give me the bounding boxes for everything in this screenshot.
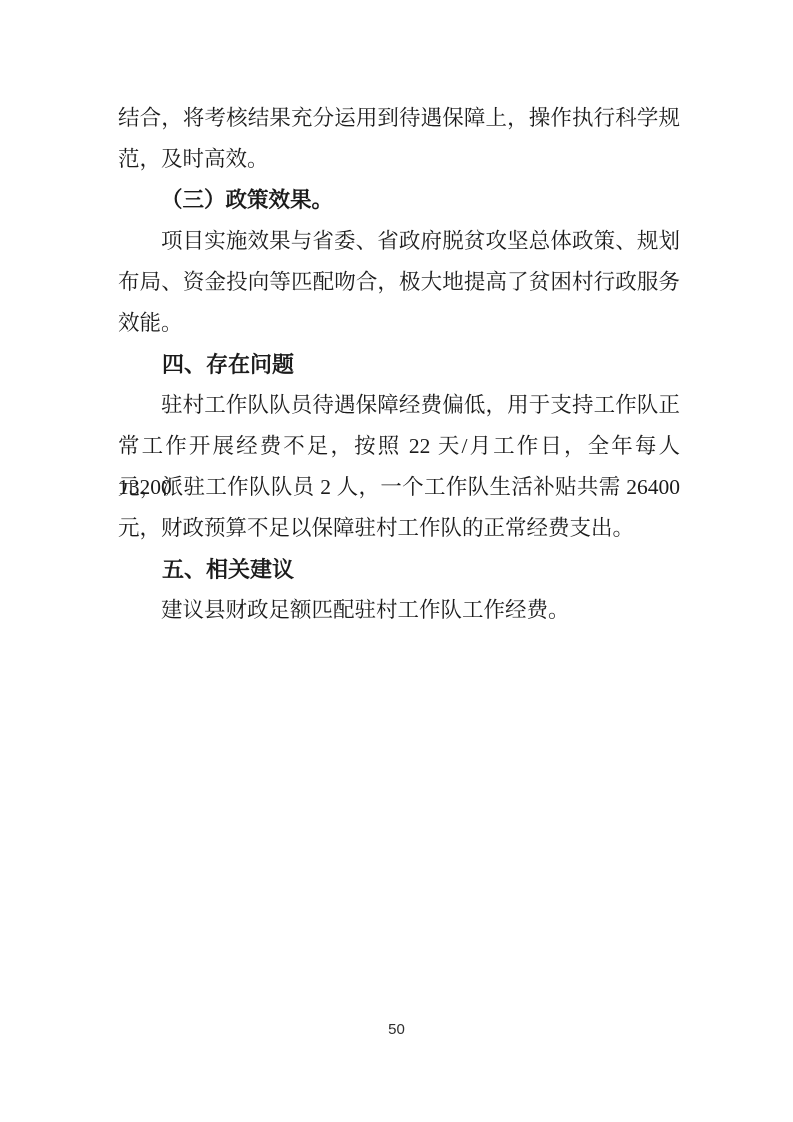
text-line: 元，财政预算不足以保障驻村工作队的正常经费支出。 xyxy=(118,508,680,549)
text-line: 常工作开展经费不足，按照 22 天/月工作日，全年每人 13200 xyxy=(118,426,680,467)
content-area: 结合，将考核结果充分运用到待遇保障上，操作执行科学规 范，及时高效。 （三）政策… xyxy=(118,98,680,631)
text-line: 范，及时高效。 xyxy=(118,139,680,180)
text-line: 布局、资金投向等匹配吻合，极大地提高了贫困村行政服务 xyxy=(118,262,680,303)
text-line: 建议县财政足额匹配驻村工作队工作经费。 xyxy=(118,590,680,631)
text-line: 结合，将考核结果充分运用到待遇保障上，操作执行科学规 xyxy=(118,98,680,139)
text-line: 驻村工作队队员待遇保障经费偏低，用于支持工作队正 xyxy=(118,385,680,426)
text-line: 元，派驻工作队队员 2 人，一个工作队生活补贴共需 26400 xyxy=(118,467,680,508)
subheading-policy-effect: （三）政策效果。 xyxy=(118,180,680,221)
text-line: 项目实施效果与省委、省政府脱贫攻坚总体政策、规划 xyxy=(118,221,680,262)
heading-related-suggestions: 五、相关建议 xyxy=(118,549,680,590)
text-line: 效能。 xyxy=(118,303,680,344)
document-page: 结合，将考核结果充分运用到待遇保障上，操作执行科学规 范，及时高效。 （三）政策… xyxy=(0,0,793,1122)
page-number: 50 xyxy=(0,1021,793,1038)
heading-existing-problems: 四、存在问题 xyxy=(118,344,680,385)
